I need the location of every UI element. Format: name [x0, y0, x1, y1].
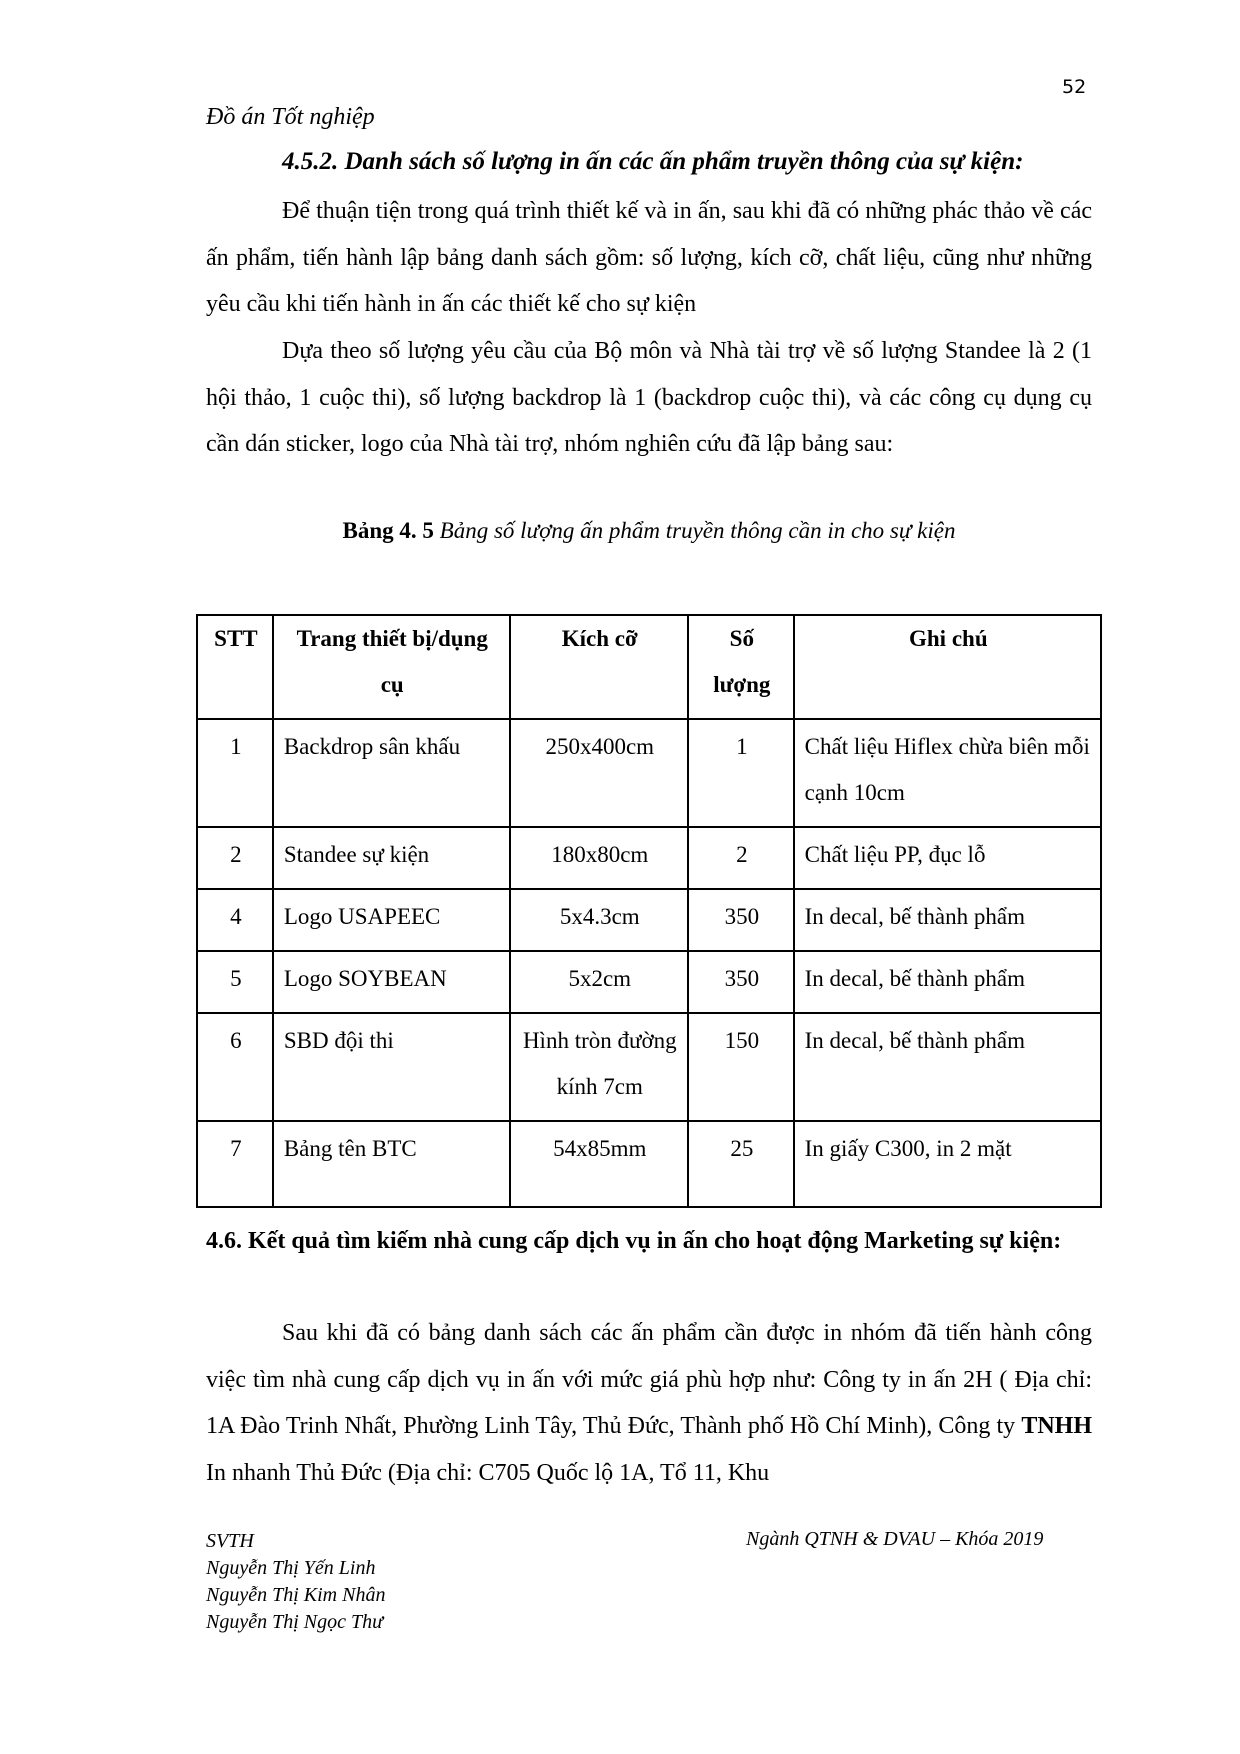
cell-stt: 7 — [197, 1121, 273, 1207]
header-stt: STT — [197, 615, 273, 719]
cell-equipment: Bảng tên BTC — [273, 1121, 510, 1207]
paragraph-requirements-text: Dựa theo số lượng yêu cầu của Bộ môn và … — [206, 338, 1092, 457]
table-row: 5Logo SOYBEAN5x2cm350In decal, bế thành … — [197, 951, 1101, 1013]
header-quantity: Số lượng — [688, 615, 794, 719]
running-header: Đồ án Tốt nghiệp — [206, 104, 375, 131]
cell-notes: In decal, bế thành phẩm — [794, 951, 1101, 1013]
cell-size: 5x4.3cm — [510, 889, 688, 951]
cell-stt: 4 — [197, 889, 273, 951]
cell-size: Hình tròn đường kính 7cm — [510, 1013, 688, 1121]
cell-notes: In decal, bế thành phẩm — [794, 1013, 1101, 1121]
cell-equipment: Logo USAPEEC — [273, 889, 510, 951]
footer-authors: SVTH Nguyễn Thị Yến Linh Nguyễn Thị Kim … — [206, 1528, 385, 1636]
table-caption-label: Bảng 4. 5 — [343, 518, 434, 543]
paragraph-suppliers: Sau khi đã có bảng danh sách các ấn phẩm… — [206, 1310, 1092, 1496]
paragraph-intro-text: Để thuận tiện trong quá trình thiết kế v… — [206, 198, 1092, 317]
cell-quantity: 2 — [688, 827, 794, 889]
table-header-row: STT Trang thiết bị/dụng cụ Kích cỡ Số lư… — [197, 615, 1101, 719]
table-row: 1Backdrop sân khấu250x400cm1Chất liệu Hi… — [197, 719, 1101, 827]
cell-equipment: Logo SOYBEAN — [273, 951, 510, 1013]
section-heading-4-5-2: 4.5.2. Danh sách số lượng in ấn các ấn p… — [282, 148, 1023, 176]
header-equipment: Trang thiết bị/dụng cụ — [273, 615, 510, 719]
table-row: 4Logo USAPEEC5x4.3cm350In decal, bế thàn… — [197, 889, 1101, 951]
footer-label: SVTH — [206, 1528, 385, 1555]
cell-notes: Chất liệu PP, đục lỗ — [794, 827, 1101, 889]
footer-program: Ngành QTNH & DVAU – Khóa 2019 — [746, 1528, 1043, 1551]
footer-author: Nguyễn Thị Ngọc Thư — [206, 1609, 385, 1636]
cell-stt: 5 — [197, 951, 273, 1013]
cell-notes: In giấy C300, in 2 mặt — [794, 1121, 1101, 1207]
cell-quantity: 150 — [688, 1013, 794, 1121]
cell-notes: Chất liệu Hiflex chừa biên mỗi cạnh 10cm — [794, 719, 1101, 827]
cell-stt: 2 — [197, 827, 273, 889]
cell-size: 54x85mm — [510, 1121, 688, 1207]
cell-quantity: 25 — [688, 1121, 794, 1207]
cell-size: 5x2cm — [510, 951, 688, 1013]
paragraph-intro: Để thuận tiện trong quá trình thiết kế v… — [206, 188, 1092, 328]
paragraph-suppliers-bold: TNHH — [1021, 1413, 1092, 1439]
paragraph-suppliers-text-2: In nhanh Thủ Đức (Địa chỉ: C705 Quốc lộ … — [206, 1460, 769, 1486]
print-items-table: STT Trang thiết bị/dụng cụ Kích cỡ Số lư… — [196, 614, 1102, 1208]
cell-notes: In decal, bế thành phẩm — [794, 889, 1101, 951]
cell-size: 250x400cm — [510, 719, 688, 827]
paragraph-requirements: Dựa theo số lượng yêu cầu của Bộ môn và … — [206, 328, 1092, 468]
cell-stt: 1 — [197, 719, 273, 827]
cell-quantity: 350 — [688, 951, 794, 1013]
cell-equipment: Backdrop sân khấu — [273, 719, 510, 827]
cell-stt: 6 — [197, 1013, 273, 1121]
table-caption-title: Bảng số lượng ấn phẩm truyền thông cần i… — [434, 518, 956, 543]
header-size: Kích cỡ — [510, 615, 688, 719]
section-heading-4-6: 4.6. Kết quả tìm kiếm nhà cung cấp dịch … — [206, 1218, 1092, 1265]
header-notes: Ghi chú — [794, 615, 1101, 719]
cell-equipment: Standee sự kiện — [273, 827, 510, 889]
paragraph-suppliers-text-1: Sau khi đã có bảng danh sách các ấn phẩm… — [206, 1320, 1092, 1439]
page-number: 52 — [1062, 76, 1086, 98]
footer-author: Nguyễn Thị Yến Linh — [206, 1555, 385, 1582]
table-row: 2Standee sự kiện180x80cm2Chất liệu PP, đ… — [197, 827, 1101, 889]
footer-author: Nguyễn Thị Kim Nhân — [206, 1582, 385, 1609]
cell-equipment: SBD đội thi — [273, 1013, 510, 1121]
table-caption: Bảng 4. 5 Bảng số lượng ấn phẩm truyền t… — [206, 518, 1092, 544]
cell-quantity: 1 — [688, 719, 794, 827]
cell-quantity: 350 — [688, 889, 794, 951]
table-row: 6SBD đội thiHình tròn đường kính 7cm150I… — [197, 1013, 1101, 1121]
cell-size: 180x80cm — [510, 827, 688, 889]
table-row: 7Bảng tên BTC54x85mm25In giấy C300, in 2… — [197, 1121, 1101, 1207]
